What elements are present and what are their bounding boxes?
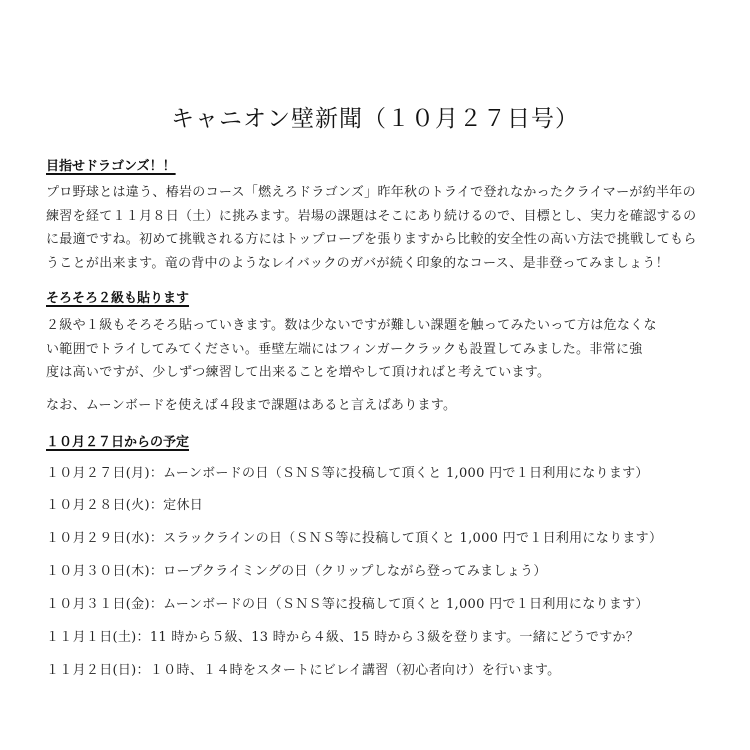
- paragraph-line: 練習を経て１１月８日（土）に挑みます。岩場の課題はそこにあり続けるので、目標とし…: [46, 205, 726, 229]
- paragraph-line: なお、ムーンボードを使えば４段まで課題はあると言えばあります。: [46, 394, 726, 418]
- paragraph-line: プロ野球とは違う、椿岩のコース「燃えろドラゴンズ」昨年秋のトライで登れなかったク…: [46, 181, 726, 205]
- section-paragraph-grade2: ２級や１級もそろそろ貼っていきます。数は少ないですが難しい課題を触ってみたいって…: [46, 314, 726, 385]
- paragraph-line: 度は高いですが、少しずつ練習して出来ることを増やして頂ければと考えています。: [46, 361, 726, 385]
- schedule-item: １１月２日(日)：１０時、１４時をスタートにビレイ講習（初心者向け）を行います。: [46, 659, 560, 678]
- section-heading-schedule: １０月２７日からの予定: [46, 431, 189, 450]
- paragraph-line: ２級や１級もそろそろ貼っていきます。数は少ないですが難しい課題を触ってみたいって…: [46, 314, 726, 338]
- schedule-item: １０月２７日(月)：ムーンボードの日（ＳＮＳ等に投稿して頂くと 1,000 円で…: [46, 462, 649, 481]
- newsletter-page: キャニオン壁新聞（１０月２７日号） 目指せドラゴンズ！！ プロ野球とは違う、椿岩…: [0, 0, 750, 750]
- paragraph-line: い範囲でトライしてみてください。垂壁左端にはフィンガークラックも設置してみました…: [46, 338, 726, 362]
- schedule-item: １０月３０日(木)：ロープクライミングの日（クリップしながら登ってみましょう）: [46, 560, 547, 579]
- section-paragraph-dragons: プロ野球とは違う、椿岩のコース「燃えろドラゴンズ」昨年秋のトライで登れなかったク…: [46, 181, 726, 275]
- schedule-item: １０月３１日(金)：ムーンボードの日（ＳＮＳ等に投稿して頂くと 1,000 円で…: [46, 593, 649, 612]
- section-heading-grade2: そろそろ２級も貼ります: [46, 287, 189, 306]
- paragraph-line: に最適ですね。初めて挑戦される方にはトップロープを張りますから比較的安全性の高い…: [46, 228, 726, 252]
- section-heading-dragons: 目指せドラゴンズ！！: [46, 155, 176, 174]
- schedule-item: １０月２８日(火)：定休日: [46, 494, 203, 513]
- section-paragraph-moonboard-note: なお、ムーンボードを使えば４段まで課題はあると言えばあります。: [46, 394, 726, 418]
- schedule-item: １０月２９日(水)：スラックラインの日（ＳＮＳ等に投稿して頂くと 1,000 円…: [46, 527, 662, 546]
- schedule-item: １１月１日(土)：11 時から５級、13 時から４級、15 時から３級を登ります…: [46, 626, 639, 645]
- paragraph-line: うことが出来ます。竜の背中のようなレイバックのガバが続く印象的なコース、是非登っ…: [46, 252, 726, 276]
- newsletter-title: キャニオン壁新聞（１０月２７日号）: [0, 100, 750, 133]
